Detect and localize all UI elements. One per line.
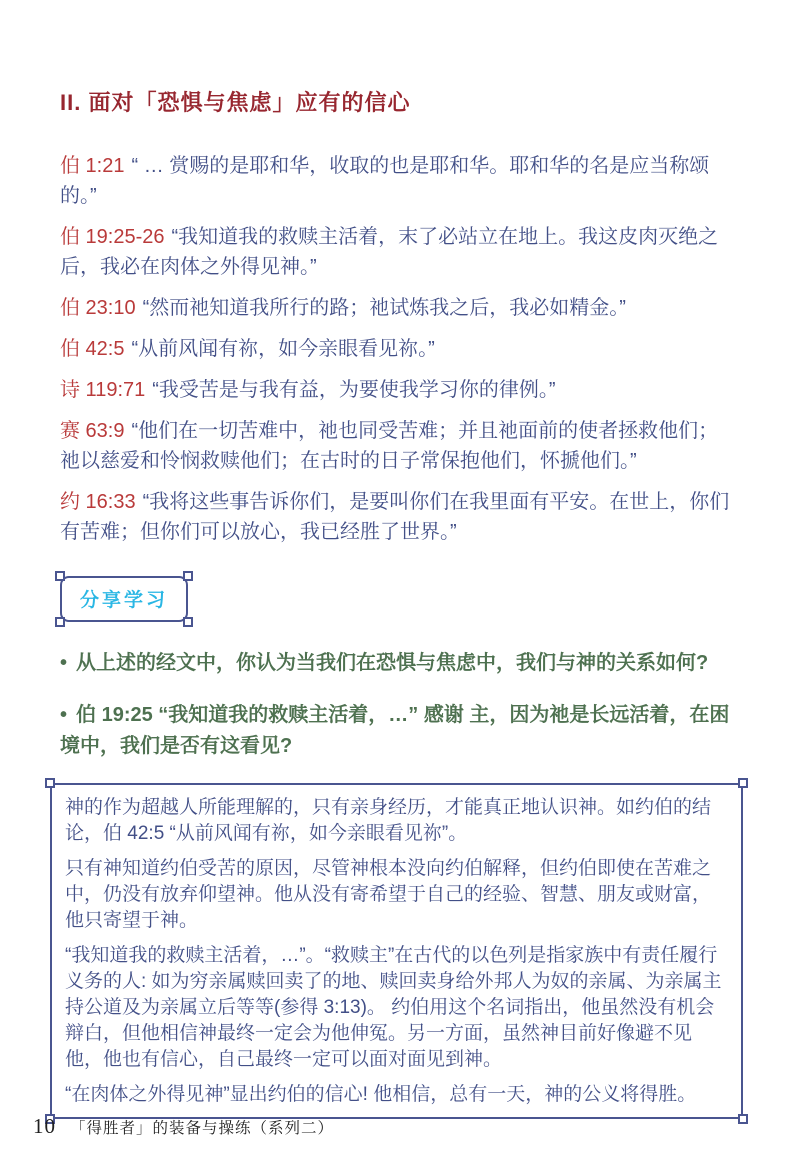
- verse-item: 伯 19:25-26“我知道我的救赎主活着，末了必站立在地上。我这皮肉灭绝之后，…: [60, 222, 738, 282]
- page-number: 10: [33, 1114, 56, 1139]
- corner-ornament-icon: [55, 617, 65, 627]
- verse-reference: 赛 63:9: [60, 420, 124, 442]
- verse-list: 伯 1:21“ … 赏赐的是耶和华，收取的也是耶和华。耶和华的名是应当称颂的。”…: [60, 151, 738, 547]
- bullet-icon: •: [60, 704, 67, 726]
- verse-reference: 伯 42:5: [60, 338, 124, 360]
- share-study-badge: 分享学习: [60, 576, 188, 622]
- verse-item: 伯 23:10“然而祂知道我所行的路；祂试炼我之后，我必如精金。”: [60, 293, 738, 323]
- corner-ornament-icon: [183, 571, 193, 581]
- verse-item: 约 16:33“我将这些事告诉你们，是要叫你们在我里面有平安。在世上，你们有苦难…: [60, 487, 738, 547]
- question-item: •伯 19:25 “我知道我的救赎主活着，…” 感谢 主，因为祂是长远活着，在困…: [60, 700, 738, 762]
- commentary-paragraph: 只有神知道约伯受苦的原因，尽管神根本没向约伯解释，但约伯即使在苦难之中，仍没有放…: [65, 856, 728, 934]
- verse-text: “我将这些事告诉你们，是要叫你们在我里面有平安。在世上，你们有苦难；但你们可以放…: [60, 491, 729, 543]
- page-content: II. 面对「恐惧与焦虑」应有的信心 伯 1:21“ … 赏赐的是耶和华，收取的…: [60, 0, 738, 1119]
- commentary-paragraph: “在肉体之外得见神”显出约伯的信心! 他相信，总有一天，神的公义将得胜。: [65, 1082, 728, 1108]
- verse-text: “然而祂知道我所行的路；祂试炼我之后，我必如精金。”: [143, 297, 626, 319]
- document-page: II. 面对「恐惧与焦虑」应有的信心 伯 1:21“ … 赏赐的是耶和华，收取的…: [0, 0, 790, 1170]
- section-heading: II. 面对「恐惧与焦虑」应有的信心: [60, 86, 738, 117]
- question-list: •从上述的经文中，你认为当我们在恐惧与焦虑中，我们与神的关系如何? •伯 19:…: [60, 648, 738, 762]
- verse-reference: 伯 1:21: [60, 155, 124, 177]
- verse-reference: 约 16:33: [60, 491, 136, 513]
- corner-ornament-icon: [183, 617, 193, 627]
- verse-reference: 诗 119:71: [60, 379, 145, 401]
- verse-text: “从前风闻有祢，如今亲眼看见祢。”: [131, 338, 434, 360]
- verse-text: “ … 赏赐的是耶和华，收取的也是耶和华。耶和华的名是应当称颂的。”: [60, 155, 709, 207]
- verse-item: 诗 119:71“我受苦是与我有益，为要使我学习你的律例。”: [60, 375, 738, 405]
- corner-ornament-icon: [55, 571, 65, 581]
- verse-text: “我受苦是与我有益，为要使我学习你的律例。”: [152, 379, 555, 401]
- commentary-paragraph: 神的作为超越人所能理解的，只有亲身经历，才能真正地认识神。如约伯的结论，伯 42…: [65, 795, 728, 847]
- question-item: •从上述的经文中，你认为当我们在恐惧与焦虑中，我们与神的关系如何?: [60, 648, 738, 679]
- verse-reference: 伯 19:25-26: [60, 226, 165, 248]
- commentary-paragraph: “我知道我的救赎主活着，…”。“救赎主”在古代的以色列是指家族中有责任履行义务的…: [65, 943, 728, 1073]
- question-text: 伯 19:25 “我知道我的救赎主活着，…” 感谢 主，因为祂是长远活着，在困境…: [60, 704, 729, 757]
- bullet-icon: •: [60, 652, 67, 674]
- page-footer: 10 「得胜者」的装备与操练（系列二）: [33, 1114, 334, 1139]
- verse-reference: 伯 23:10: [60, 297, 136, 319]
- verse-item: 赛 63:9“他们在一切苦难中，祂也同受苦难；并且祂面前的使者拯救他们；祂以慈爱…: [60, 416, 738, 476]
- question-text: 从上述的经文中，你认为当我们在恐惧与焦虑中，我们与神的关系如何?: [76, 652, 708, 674]
- corner-ornament-icon: [738, 1114, 748, 1124]
- corner-ornament-icon: [45, 778, 55, 788]
- commentary-box: 神的作为超越人所能理解的，只有亲身经历，才能真正地认识神。如约伯的结论，伯 42…: [50, 783, 743, 1119]
- verse-text: “他们在一切苦难中，祂也同受苦难；并且祂面前的使者拯救他们；祂以慈爱和怜悯救赎他…: [60, 420, 718, 472]
- book-title: 「得胜者」的装备与操练（系列二）: [70, 1116, 334, 1138]
- share-study-label: 分享学习: [80, 590, 168, 611]
- corner-ornament-icon: [738, 778, 748, 788]
- verse-item: 伯 42:5“从前风闻有祢，如今亲眼看见祢。”: [60, 334, 738, 364]
- verse-item: 伯 1:21“ … 赏赐的是耶和华，收取的也是耶和华。耶和华的名是应当称颂的。”: [60, 151, 738, 211]
